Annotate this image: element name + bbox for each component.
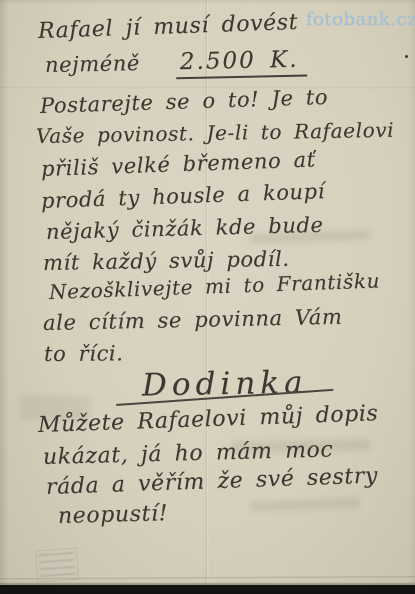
scan-edge bbox=[0, 585, 415, 594]
handwriting-word: nejméně bbox=[45, 51, 140, 77]
handwriting-line: nejméně2.500 K. bbox=[45, 47, 307, 82]
ink-dot bbox=[405, 55, 408, 58]
archive-stamp bbox=[35, 548, 79, 583]
underlined-amount: 2.500 K. bbox=[176, 47, 307, 80]
archive-stamp-text-lines bbox=[38, 552, 76, 578]
handwriting-line: to říci. bbox=[44, 340, 124, 367]
watermark: fotobank.cz bbox=[306, 9, 415, 30]
handwriting-line: neopustí! bbox=[58, 501, 169, 530]
